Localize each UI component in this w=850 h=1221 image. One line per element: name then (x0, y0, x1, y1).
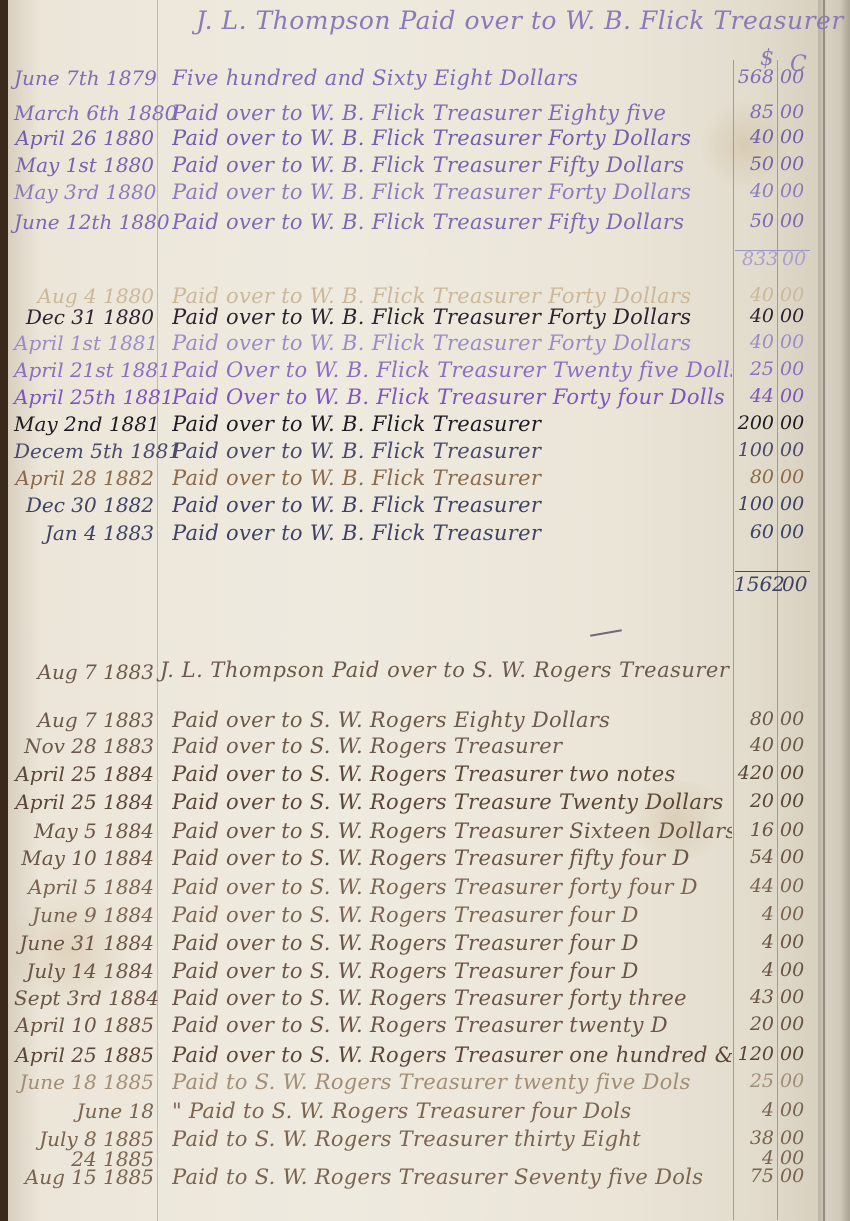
entry-description: Paid over to S. W. Rogers Treasurer fort… (172, 875, 732, 899)
entry-dollars: 44 (736, 385, 774, 407)
ledger-entry: March 6th 1880Paid over to W. B. Flick T… (0, 101, 812, 127)
ledger-entry: July 14 1884Paid over to S. W. Rogers Tr… (0, 959, 812, 985)
total-dollars: 1562 (734, 572, 785, 596)
entry-date: April 25 1885 (14, 1043, 154, 1067)
entry-date: May 3rd 1880 (14, 180, 154, 204)
entry-date: Dec 30 1882 (14, 493, 154, 517)
entry-cents: 00 (780, 1127, 808, 1149)
entry-date: Dec 31 1880 (14, 305, 154, 329)
entry-cents: 00 (780, 358, 808, 380)
entry-dollars: 120 (736, 1043, 774, 1065)
section-header-date: Aug 7 1883 (14, 660, 154, 684)
entry-dollars: 40 (736, 305, 774, 327)
ledger-entry: April 5 1884Paid over to S. W. Rogers Tr… (0, 875, 812, 901)
entry-dollars: 75 (736, 1165, 774, 1187)
entry-description: Paid over to S. W. Rogers Treasurer four… (172, 903, 732, 927)
entry-dollars: 40 (736, 126, 774, 148)
entry-dollars: 16 (736, 819, 774, 841)
entry-description: Paid over to S. W. Rogers Treasurer (172, 734, 732, 758)
entry-dollars: 4 (736, 959, 774, 981)
entry-date: April 1st 1881 (14, 331, 154, 355)
entry-cents: 00 (780, 734, 808, 756)
entry-date: April 28 1882 (14, 466, 154, 490)
ledger-entry: Sept 3rd 1884Paid over to S. W. Rogers T… (0, 986, 812, 1012)
entry-date: April 5 1884 (14, 875, 154, 899)
entry-dollars: 50 (736, 210, 774, 232)
entry-date: May 1st 1880 (14, 153, 154, 177)
entry-date: July 14 1884 (14, 959, 154, 983)
entry-date: June 18 1885 (14, 1070, 154, 1094)
entry-cents: 00 (780, 126, 808, 148)
ledger-entry: June 18 1885Paid to S. W. Rogers Treasur… (0, 1070, 812, 1096)
entry-cents: 00 (780, 493, 808, 515)
entry-dollars: 80 (736, 466, 774, 488)
entry-cents: 00 (780, 210, 808, 232)
entry-cents: 00 (780, 66, 808, 88)
entry-description: Paid over to W. B. Flick Treasurer Fifty… (172, 153, 732, 177)
entry-date: May 2nd 1881 (14, 412, 154, 436)
ledger-entry: April 28 1882Paid over to W. B. Flick Tr… (0, 466, 812, 492)
total-cents: 00 (782, 572, 807, 596)
ledger-entry: May 2nd 1881Paid over to W. B. Flick Tre… (0, 412, 812, 438)
ledger-entry: April 25 1884Paid over to S. W. Rogers T… (0, 790, 812, 816)
entry-dollars: 25 (736, 358, 774, 380)
entry-cents: 00 (780, 331, 808, 353)
entry-date: Aug 7 1883 (14, 708, 154, 732)
ledger-entry: April 25 1885Paid over to S. W. Rogers T… (0, 1043, 812, 1069)
entry-cents: 00 (780, 959, 808, 981)
entry-description: Paid over to W. B. Flick Treasurer Forty… (172, 180, 732, 204)
entry-dollars: 38 (736, 1127, 774, 1149)
entry-description: Paid over to S. W. Rogers Treasurer two … (172, 762, 732, 786)
ledger-entry: Jan 4 1883Paid over to W. B. Flick Treas… (0, 521, 812, 547)
entry-cents: 00 (780, 1043, 808, 1065)
ledger-entry: May 3rd 1880Paid over to W. B. Flick Tre… (0, 180, 812, 206)
entry-date: April 25 1884 (14, 790, 154, 814)
entry-date: May 10 1884 (14, 846, 154, 870)
entry-dollars: 4 (736, 931, 774, 953)
entry-description: " Paid to S. W. Rogers Treasurer four Do… (172, 1099, 732, 1123)
ledger-entry: Aug 15 1885Paid to S. W. Rogers Treasure… (0, 1165, 812, 1191)
entry-dollars: 80 (736, 708, 774, 730)
entry-dollars: 568 (736, 66, 774, 88)
subtotal-cents: 00 (782, 248, 806, 270)
entry-description: Paid over to W. B. Flick Treasurer Forty… (172, 305, 732, 329)
entry-dollars: 4 (736, 903, 774, 925)
entry-dollars: 50 (736, 153, 774, 175)
entry-date: June 12th 1880 (14, 210, 154, 234)
entry-description: Paid over to S. W. Rogers Treasurer four… (172, 959, 732, 983)
ledger-entry: April 25 1884Paid over to S. W. Rogers T… (0, 762, 812, 788)
entry-date: April 26 1880 (14, 126, 154, 150)
entry-cents: 00 (780, 466, 808, 488)
entry-date: Nov 28 1883 (14, 734, 154, 758)
entry-cents: 00 (780, 931, 808, 953)
entry-description: Paid over to W. B. Flick Treasurer Forty… (172, 331, 732, 355)
ledger-entry: June 18" Paid to S. W. Rogers Treasurer … (0, 1099, 812, 1125)
entry-description: Paid Over to W. B. Flick Treasurer Forty… (172, 385, 732, 409)
entry-cents: 00 (780, 708, 808, 730)
entry-description: Paid to S. W. Rogers Treasurer twenty fi… (172, 1070, 732, 1094)
ledger-entry: April 10 1885Paid over to S. W. Rogers T… (0, 1013, 812, 1039)
entry-cents: 00 (780, 903, 808, 925)
entry-cents: 00 (780, 875, 808, 897)
ledger-entry: June 9 1884Paid over to S. W. Rogers Tre… (0, 903, 812, 929)
entry-dollars: 200 (736, 412, 774, 434)
entry-date: Jan 4 1883 (14, 521, 154, 545)
ledger-entry: May 10 1884Paid over to S. W. Rogers Tre… (0, 846, 812, 872)
ledger-entry: Nov 28 1883Paid over to S. W. Rogers Tre… (0, 734, 812, 760)
ledger-entry: June 12th 1880Paid over to W. B. Flick T… (0, 210, 812, 236)
entry-date: March 6th 1880 (14, 101, 154, 125)
ledger-entry: Aug 7 1883Paid over to S. W. Rogers Eigh… (0, 708, 812, 734)
ledger-entry: April 21st 1881Paid Over to W. B. Flick … (0, 358, 812, 384)
entry-description: Paid to S. W. Rogers Treasurer Seventy f… (172, 1165, 732, 1189)
entry-cents: 00 (780, 305, 808, 327)
entry-dollars: 100 (736, 439, 774, 461)
ledger-entry: Decem 5th 1881Paid over to W. B. Flick T… (0, 439, 812, 465)
entry-description: Paid over to W. B. Flick Treasurer (172, 439, 732, 463)
entry-cents: 00 (780, 790, 808, 812)
entry-description: Paid over to W. B. Flick Treasurer (172, 466, 732, 490)
entry-date: May 5 1884 (14, 819, 154, 843)
entry-description: Paid over to W. B. Flick Treasurer Eight… (172, 101, 732, 125)
ledger-entry: June 7th 1879Five hundred and Sixty Eigh… (0, 66, 812, 92)
entry-dollars: 54 (736, 846, 774, 868)
ledger-entry: April 1st 1881Paid over to W. B. Flick T… (0, 331, 812, 357)
entry-date: Sept 3rd 1884 (14, 986, 154, 1010)
entry-date: June 9 1884 (14, 903, 154, 927)
entry-date: April 10 1885 (14, 1013, 154, 1037)
entry-cents: 00 (780, 1099, 808, 1121)
entry-dollars: 100 (736, 493, 774, 515)
entry-date: June 7th 1879 (14, 66, 154, 90)
entry-description: Paid over to W. B. Flick Treasurer Forty… (172, 126, 732, 150)
entry-description: Paid over to S. W. Rogers Treasurer one … (172, 1043, 732, 1067)
entry-cents: 00 (780, 385, 808, 407)
entry-date: April 21st 1881 (14, 358, 154, 382)
entry-cents: 00 (780, 1070, 808, 1092)
ledger-entry: April 26 1880Paid over to W. B. Flick Tr… (0, 126, 812, 152)
entry-cents: 00 (780, 846, 808, 868)
entry-dollars: 40 (736, 180, 774, 202)
entry-cents: 00 (780, 284, 808, 306)
entry-dollars: 25 (736, 1070, 774, 1092)
ledger-entry: Dec 30 1882Paid over to W. B. Flick Trea… (0, 493, 812, 519)
entry-cents: 00 (780, 1013, 808, 1035)
entry-dollars: 20 (736, 790, 774, 812)
entry-cents: 00 (780, 819, 808, 841)
ledger-entry: April 25th 1881Paid Over to W. B. Flick … (0, 385, 812, 411)
ledger-entry: May 5 1884Paid over to S. W. Rogers Trea… (0, 819, 812, 845)
ledger-entry: June 31 1884Paid over to S. W. Rogers Tr… (0, 931, 812, 957)
entry-date: Aug 15 1885 (14, 1165, 154, 1189)
entry-description: Paid over to S. W. Rogers Treasurer fift… (172, 846, 732, 870)
entry-cents: 00 (780, 521, 808, 543)
entry-date: June 31 1884 (14, 931, 154, 955)
subtotal-dollars: 833 (742, 248, 778, 270)
entry-description: Paid over to W. B. Flick Treasurer (172, 412, 732, 436)
entry-description: Paid over to S. W. Rogers Treasure Twent… (172, 790, 732, 814)
entry-description: Paid over to W. B. Flick Treasurer Fifty… (172, 210, 732, 234)
entry-cents: 00 (780, 180, 808, 202)
spine-crease (823, 0, 825, 1221)
entry-dollars: 20 (736, 1013, 774, 1035)
entry-cents: 00 (780, 986, 808, 1008)
entry-cents: 00 (780, 762, 808, 784)
ledger-entry: May 1st 1880Paid over to W. B. Flick Tre… (0, 153, 812, 179)
entry-dollars: 420 (736, 762, 774, 784)
entry-dollars: 85 (736, 101, 774, 123)
entry-description: Paid over to S. W. Rogers Treasurer twen… (172, 1013, 732, 1037)
entry-description: Paid over to S. W. Rogers Treasurer Sixt… (172, 819, 732, 843)
section-header: J. L. Thompson Paid over to W. B. Flick … (196, 6, 844, 35)
entry-cents: 00 (780, 412, 808, 434)
entry-description: Paid Over to W. B. Flick Treasurer Twent… (172, 358, 732, 382)
entry-description: Paid over to W. B. Flick Treasurer (172, 521, 732, 545)
entry-date: April 25 1884 (14, 762, 154, 786)
entry-description: Paid over to S. W. Rogers Treasurer four… (172, 931, 732, 955)
entry-dollars: 4 (736, 1099, 774, 1121)
entry-dollars: 40 (736, 331, 774, 353)
entry-description: Paid over to S. W. Rogers Eighty Dollars (172, 708, 732, 732)
section-header: J. L. Thompson Paid over to S. W. Rogers… (160, 658, 729, 682)
entry-description: Five hundred and Sixty Eight Dollars (172, 66, 732, 90)
entry-dollars: 60 (736, 521, 774, 543)
entry-date: Decem 5th 1881 (14, 439, 154, 463)
entry-dollars: 40 (736, 284, 774, 306)
entry-dollars: 44 (736, 875, 774, 897)
entry-date: April 25th 1881 (14, 385, 154, 409)
entry-cents: 00 (780, 153, 808, 175)
entry-cents: 00 (780, 1165, 808, 1187)
entry-date: June 18 (14, 1099, 154, 1123)
entry-dollars: 43 (736, 986, 774, 1008)
entry-dollars: 40 (736, 734, 774, 756)
entry-cents: 00 (780, 101, 808, 123)
entry-description: Paid over to W. B. Flick Treasurer (172, 493, 732, 517)
entry-cents: 00 (780, 439, 808, 461)
entry-description: Paid over to S. W. Rogers Treasurer fort… (172, 986, 732, 1010)
ledger-entry: Dec 31 1880Paid over to W. B. Flick Trea… (0, 305, 812, 331)
